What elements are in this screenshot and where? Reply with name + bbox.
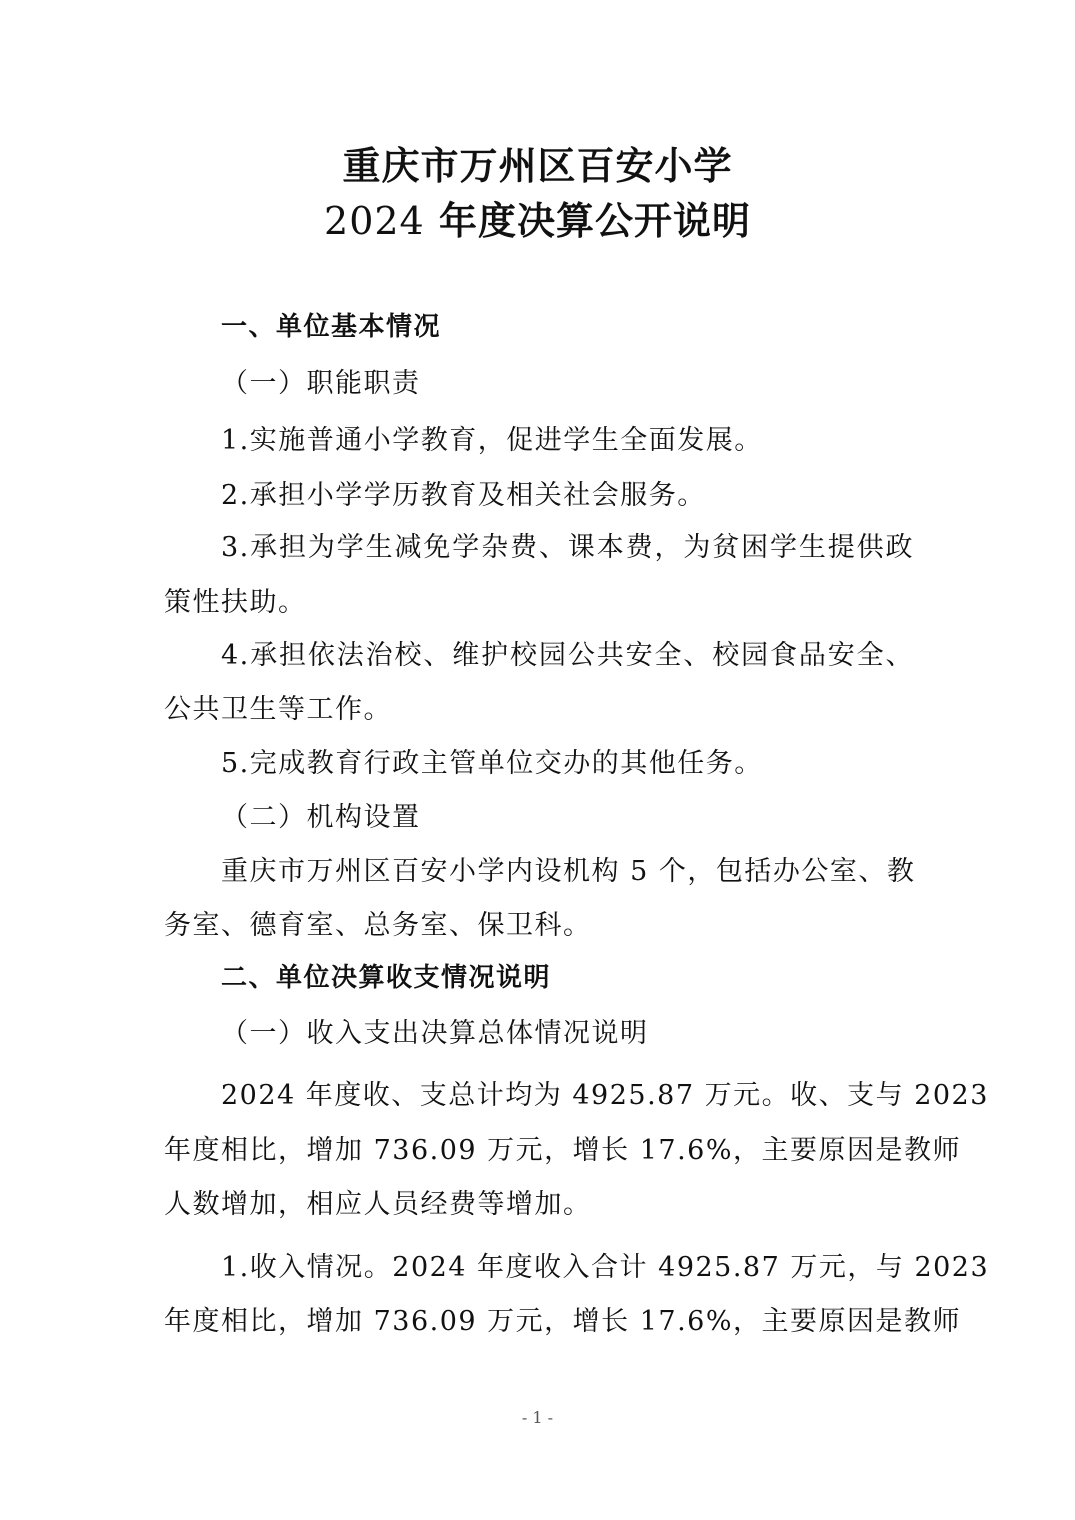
page-number: - 1 -	[0, 1408, 1075, 1427]
title-rest: 年度决算公开说明	[425, 198, 751, 243]
duty-item-4-line1: 4.承担依法治校、维护校园公共安全、校园食品安全、	[221, 633, 914, 672]
income-paragraph-line2: 年度相比，增加 736.09 万元，增长 17.6%，主要原因是教师	[164, 1299, 914, 1338]
organization-text-line1: 重庆市万州区百安小学内设机构 5 个，包括办公室、教	[221, 849, 914, 888]
section-heading-1: 一、单位基本情况	[221, 306, 971, 343]
overall-paragraph-line2: 年度相比，增加 736.09 万元，增长 17.6%，主要原因是教师	[164, 1128, 914, 1167]
title-year: 2024	[324, 199, 425, 243]
section-heading-2: 二、单位决算收支情况说明	[221, 957, 971, 994]
duty-item-1: 1.实施普通小学教育，促进学生全面发展。	[221, 418, 971, 457]
document-title-line2: 2024 年度决算公开说明	[0, 190, 1075, 245]
subsection-heading-duties: （一）职能职责	[221, 361, 971, 400]
subsection-heading-overall: （一）收入支出决算总体情况说明	[221, 1011, 971, 1050]
document-title-line1: 重庆市万州区百安小学	[0, 135, 1075, 190]
duty-item-5: 5.完成教育行政主管单位交办的其他任务。	[221, 741, 971, 780]
overall-paragraph-line1: 2024 年度收、支总计均为 4925.87 万元。收、支与 2023	[221, 1073, 914, 1112]
organization-text-line2: 务室、德育室、总务室、保卫科。	[164, 903, 914, 942]
duty-item-2: 2.承担小学学历教育及相关社会服务。	[221, 473, 971, 512]
overall-paragraph-line3: 人数增加，相应人员经费等增加。	[164, 1182, 914, 1221]
income-paragraph-line1: 1.收入情况。2024 年度收入合计 4925.87 万元，与 2023	[221, 1245, 914, 1284]
duty-item-3-line1: 3.承担为学生减免学杂费、课本费，为贫困学生提供政	[221, 525, 914, 564]
duty-item-4-line2: 公共卫生等工作。	[164, 687, 914, 726]
subsection-heading-organization: （二）机构设置	[221, 795, 971, 834]
duty-item-3-line2: 策性扶助。	[164, 580, 914, 619]
